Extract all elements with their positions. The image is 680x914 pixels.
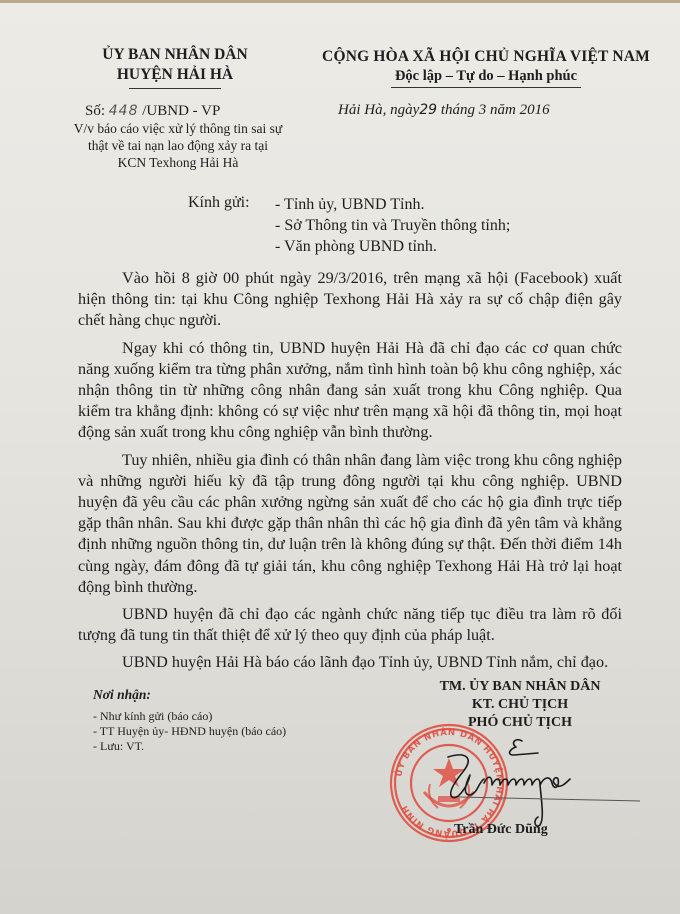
- body-paragraph: Ngay khi có thông tin, UBND huyện Hải Hà…: [78, 338, 622, 444]
- distribution-item: - Lưu: VT.: [93, 739, 286, 754]
- agency-line-2: HUYỆN HẢI HÀ: [60, 65, 290, 85]
- subject-line: V/v báo cáo việc xử lý thông tin sai sự: [58, 120, 298, 137]
- national-title: CỘNG HÒA XÃ HỘI CHỦ NGHĨA VIỆT NAM: [296, 48, 676, 66]
- document-number-suffix: /UBND - VP: [142, 103, 220, 119]
- body-paragraph: UBND huyện Hải Hà báo cáo lãnh đạo Tỉnh …: [78, 652, 622, 673]
- document-number: Số: 448 /UBND - VP: [85, 103, 220, 120]
- date-day-handwritten: 29: [419, 102, 437, 118]
- signer-name: Trần Đức Dũng: [454, 822, 548, 838]
- recipients-list: - Tỉnh ủy, UBND Tỉnh. - Sở Thông tin và …: [275, 194, 510, 257]
- document-number-handwritten: 448: [109, 103, 139, 119]
- document-body: Vào hồi 8 giờ 00 phút ngày 29/3/2016, tr…: [78, 268, 622, 680]
- body-paragraph: Vào hồi 8 giờ 00 phút ngày 29/3/2016, tr…: [78, 268, 622, 332]
- document-subject: V/v báo cáo việc xử lý thông tin sai sự …: [58, 120, 298, 171]
- issuing-agency: ỦY BAN NHÂN DÂN HUYỆN HẢI HÀ: [60, 45, 290, 89]
- date-rest: tháng 3 năm 2016: [441, 102, 550, 118]
- subject-line: KCN Texhong Hải Hà: [58, 154, 298, 171]
- distribution-item: - TT Huyện ủy- HĐND huyện (báo cáo): [93, 724, 286, 739]
- signature-title-2: KT. CHỦ TỊCH: [405, 696, 635, 714]
- recipients-label: Kính gửi:: [188, 194, 250, 212]
- signature-title-1: TM. ỦY BAN NHÂN DÂN: [405, 678, 635, 696]
- document-number-label: Số:: [85, 103, 105, 119]
- subject-line: thật về tai nạn lao động xảy ra tại: [58, 137, 298, 154]
- body-paragraph: Tuy nhiên, nhiều gia đình có thân nhân đ…: [78, 450, 622, 598]
- date-prefix: Hải Hà, ngày: [338, 102, 419, 118]
- recipient-item: - Tỉnh ủy, UBND Tỉnh.: [275, 194, 510, 215]
- body-paragraph: UBND huyện đã chỉ đạo các ngành chức năn…: [78, 604, 622, 646]
- recipient-item: - Văn phòng UBND tỉnh.: [275, 236, 510, 257]
- distribution-item: - Như kính gửi (báo cáo): [93, 709, 286, 724]
- document-date: Hải Hà, ngày29 tháng 3 năm 2016: [338, 102, 550, 119]
- motto-underline: [391, 87, 581, 88]
- paper-top-edge: [0, 0, 680, 3]
- agency-underline: [129, 88, 221, 89]
- recipient-item: - Sở Thông tin và Truyền thông tỉnh;: [275, 215, 510, 236]
- agency-line-1: ỦY BAN NHÂN DÂN: [60, 45, 290, 65]
- national-heading: CỘNG HÒA XÃ HỘI CHỦ NGHĨA VIỆT NAM Độc l…: [296, 48, 676, 88]
- distribution-list: Nơi nhận: - Như kính gửi (báo cáo) - TT …: [93, 686, 286, 754]
- national-motto: Độc lập – Tự do – Hạnh phúc: [296, 68, 676, 85]
- distribution-title: Nơi nhận:: [93, 686, 286, 703]
